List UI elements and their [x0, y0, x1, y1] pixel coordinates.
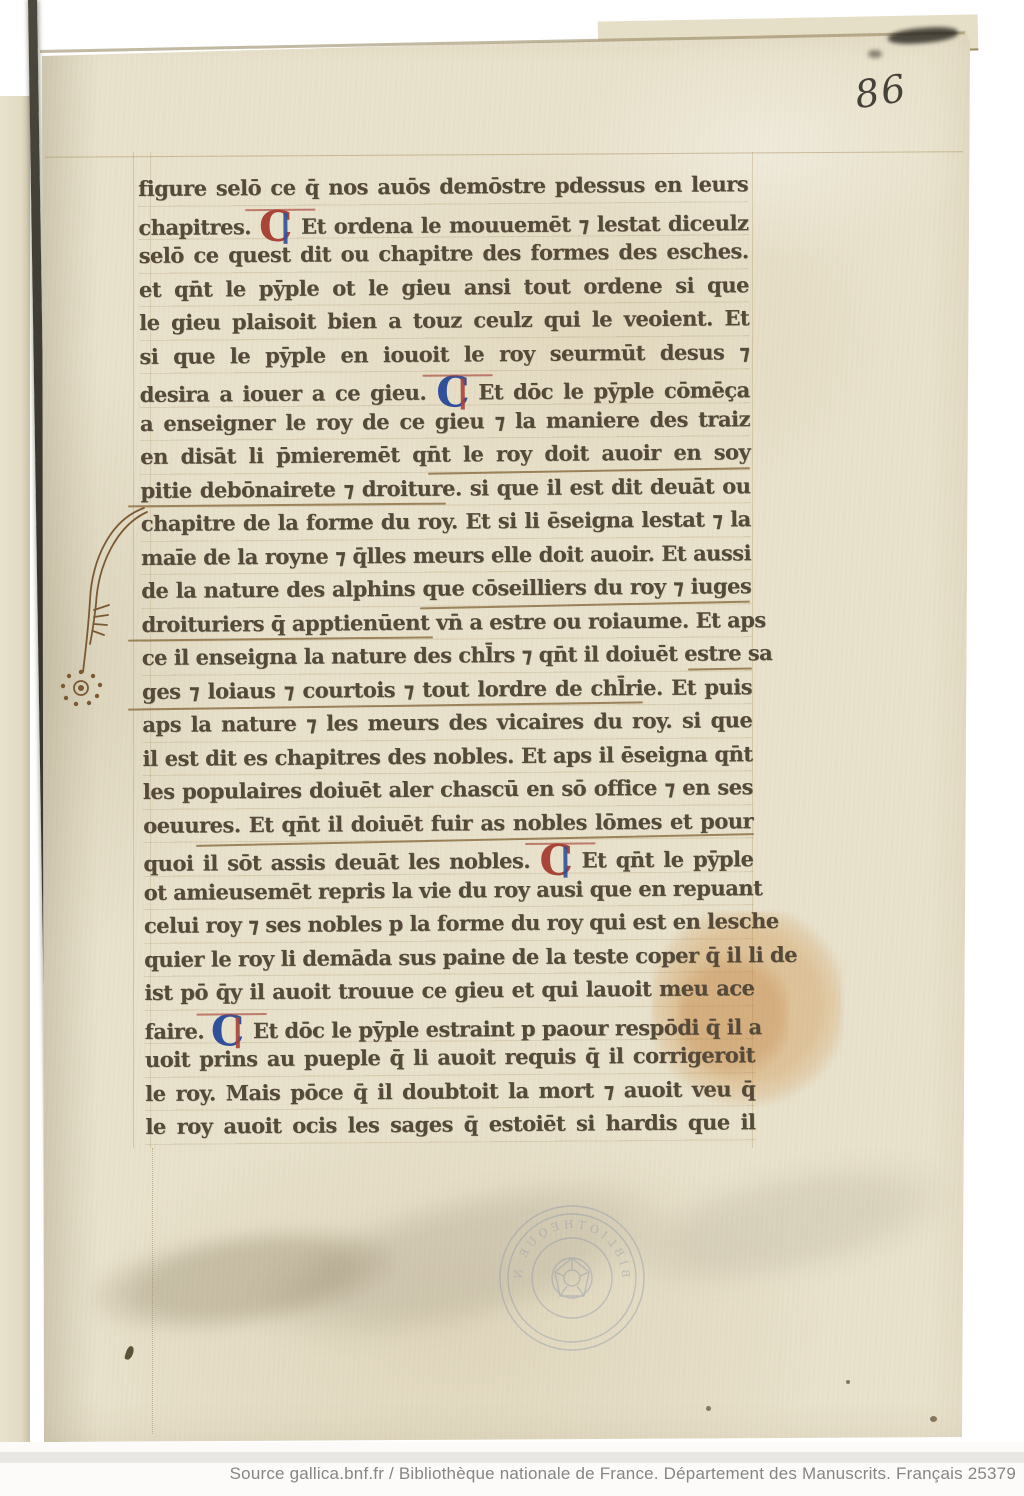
manuscript-line: figure selō ce q̄ nos auōs demōstre pdes…: [138, 167, 748, 205]
svg-text:BIBLIOTHEQUE NATIONALE: BIBLIOTHEQUE NATIONALE: [512, 1218, 633, 1283]
manuscript-line: il est dit es chapitres des nobles. Et a…: [142, 737, 752, 775]
manuscript-line: le gieu plaisoit bien a touz ceulz qui l…: [139, 301, 749, 339]
text-block: figure selō ce q̄ nos auōs demōstre pdes…: [138, 167, 756, 1143]
manuscript-line: le roy auoit ocis les sages q̄ estoiēt s…: [145, 1105, 755, 1143]
previous-leaf-edge: [0, 96, 30, 1464]
manuscript-line: ist pō q̄y il auoit trouue ce gieu et qu…: [144, 971, 754, 1009]
manuscript-line: maīe de la royne ⁊ q̄lles meurs elle doi…: [141, 536, 751, 574]
manuscript-line: faire. CEt dōc le pȳple estraint p paour…: [145, 1005, 755, 1043]
manuscript-line: ot amieusemēt repris la vie du roy ausi …: [144, 871, 754, 909]
decorated-initial: C: [539, 846, 581, 872]
manuscript-line: selō ce quest dit ou chapitre des formes…: [139, 234, 749, 272]
manuscript-line: chapitres. CEt ordena le mouuemēt ⁊ lest…: [138, 201, 748, 239]
manuscript-line: chapitre de la forme du roy. Et si li ēs…: [141, 502, 751, 540]
manuscript-line: et qn̄t le pȳple ot le gieu ansi tout or…: [139, 268, 749, 306]
manuscript-line: en disāt li p̄mieremēt qn̄t le roy doit …: [140, 435, 750, 473]
manuscript-line: le roy. Mais pōce q̄ il doubtoit la mort…: [145, 1072, 755, 1110]
scan-edge-strip: [0, 1452, 1024, 1463]
manuscript-line: celui roy ⁊ ses nobles p la forme du roy…: [144, 904, 754, 942]
decorated-initial: C: [259, 211, 301, 237]
speck: [930, 1416, 937, 1422]
attribution-text: Source gallica.bnf.fr / Bibliothèque nat…: [6, 1464, 1016, 1488]
decorated-initial: C: [436, 377, 478, 403]
scanned-manuscript-viewer: { "manuscript": { "folio_number": "86", …: [0, 0, 1024, 1496]
manuscript-line: desira a iouer a ce gieu. CEt dōc le pȳp…: [140, 368, 750, 406]
ink-smudge-small: [868, 50, 882, 58]
folio-number: 86: [852, 63, 931, 133]
manuscript-line: ges ⁊ loiaus ⁊ courtois ⁊ tout lordre de…: [142, 670, 752, 708]
manuscript-line: ce il enseigna la nature des chl̄rs ⁊ qn…: [142, 636, 752, 674]
manuscript-line: quoi il sōt assis deuāt les nobles. CEt …: [143, 837, 753, 875]
library-stamp-icon: BIBLIOTHEQUE NATIONALE: [486, 1192, 658, 1364]
manuscript-line: les populaires doiuēt aler chascū en sō …: [143, 770, 753, 808]
manuscript-line: quier le roy li demāda sus paine de la t…: [144, 938, 754, 976]
speck: [846, 1380, 850, 1384]
decorated-initial: C: [211, 1016, 253, 1042]
speck: [706, 1406, 711, 1411]
